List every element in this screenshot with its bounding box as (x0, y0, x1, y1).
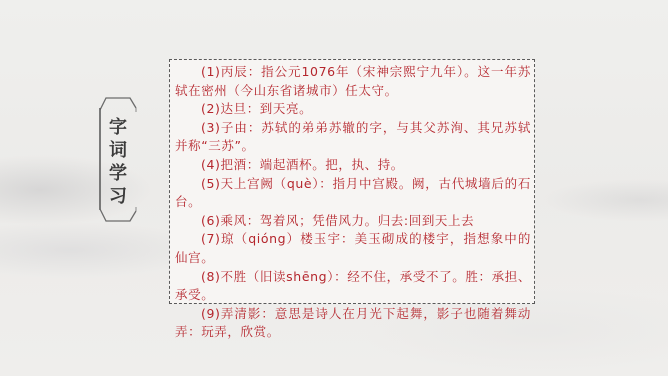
note-item-3: (3)子由：苏轼的弟弟苏辙的字，与其父苏洵、其兄苏轼并称“三苏”。 (175, 119, 531, 156)
note-item-1: (1)丙辰：指公元1076年（宋神宗熙宁九年）。这一年苏轼在密州（今山东省诸城市… (175, 63, 531, 100)
title-char-3: 学 (109, 162, 127, 185)
notes-list: (1)丙辰：指公元1076年（宋神宗熙宁九年）。这一年苏轼在密州（今山东省诸城市… (175, 63, 531, 342)
note-item-9: (9)弄清影：意思是诗人在月光下起舞，影子也随着舞动弄：玩弄，欣赏。 (175, 305, 531, 342)
section-title: 字 词 学 习 (106, 116, 130, 208)
note-item-5: (5)天上宫阙（què）：指月中宫殿。阙，古代城墙后的石台。 (175, 175, 531, 212)
section-title-scroll: 字 词 学 习 (97, 96, 139, 224)
title-char-1: 字 (109, 116, 127, 139)
note-item-4: (4)把酒：端起酒杯。把，执、持。 (175, 156, 531, 175)
vocabulary-notes-box: (1)丙辰：指公元1076年（宋神宗熙宁九年）。这一年苏轼在密州（今山东省诸城市… (169, 59, 535, 304)
note-item-6: (6)乘风：驾着风；凭借风力。归去:回到天上去 (175, 212, 531, 231)
title-char-2: 词 (109, 139, 127, 162)
title-char-4: 习 (109, 185, 127, 208)
note-item-7: (7)琼（qióng）楼玉宇：美玉砌成的楼宇，指想象中的仙宫。 (175, 230, 531, 267)
note-item-2: (2)达旦：到天亮。 (175, 100, 531, 119)
note-item-8: (8)不胜（旧读shēng）：经不住，承受不了。胜：承担、承受。 (175, 268, 531, 305)
